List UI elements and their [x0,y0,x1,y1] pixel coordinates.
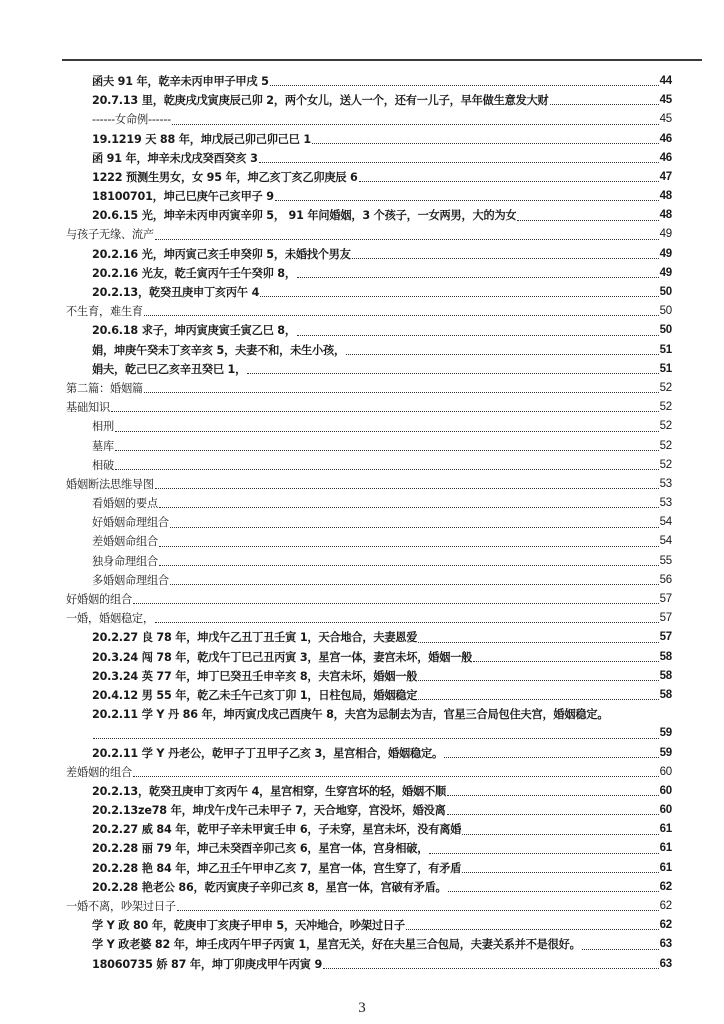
toc-entry-page: 60 [660,782,672,801]
toc-entry[interactable]: 20.2.11 学 Y 丹老公，乾甲子丁丑甲子乙亥 3，星宫相合，婚姻稳定。59 [66,744,672,763]
toc-entry[interactable]: 20.2.27 威 84 年，乾甲子辛未甲寅壬申 6，子未穿，星宫未坏，没有离婚… [66,820,672,839]
toc-entry-title: 婚姻断法思维导图 [66,475,154,494]
toc-entry[interactable]: 20.3.24 英 77 年，坤丁巳癸丑壬申辛亥 8，夫宫未坏，婚姻一般58 [66,667,672,686]
toc-entry-page: 46 [660,130,672,149]
toc-entry[interactable]: ------女命例------45 [66,110,672,129]
toc-entry[interactable]: 19.1219 天 88 年，坤戊辰己卯己卯己巳 146 [66,130,672,149]
toc-entry-page: 58 [660,648,672,667]
toc-entry[interactable]: 18060735 娇 87 年，坤丁卯庚戌甲午丙寅 963 [66,955,672,974]
toc-entry-page: 47 [660,168,672,187]
toc-entry[interactable]: 学 Y 政 80 年，乾庚申丁亥庚子甲申 5，天冲地合，吵架过日子62 [66,916,672,935]
toc-entry[interactable]: 函 91 年，坤辛未戊戌癸酉癸亥 346 [66,149,672,168]
dot-leader [115,468,659,470]
dot-leader [155,238,659,240]
toc-entry-title: 20.2.28 艳老公 86，乾丙寅庚子辛卯己亥 8，星宫一体，宫破有矛盾。 [92,878,447,897]
toc-entry-page: 58 [660,667,672,686]
toc-entry-page: 62 [660,878,672,897]
dot-leader [444,756,659,758]
toc-entry-page: 45 [660,110,672,129]
toc-entry-page: 57 [660,628,672,647]
toc-entry[interactable]: 20.2.27 良 78 年，坤戊午乙丑丁丑壬寅 1，天合地合，夫妻恩爱57 [66,628,672,647]
toc-entry[interactable]: 娟，坤庚午癸未丁亥辛亥 5，夫妻不和，未生小孩，51 [66,341,672,360]
toc-entry-title: 20.4.12 男 55 年，乾乙未壬午己亥丁卯 1，日柱包局，婚姻稳定 [92,686,417,705]
dot-leader [462,871,658,873]
toc-entry[interactable]: 20.2.28 艳老公 86，乾丙寅庚子辛卯己亥 8，星宫一体，宫破有矛盾。62 [66,878,672,897]
dot-leader [418,679,658,681]
toc-entry-page: 49 [660,225,672,244]
toc-entry-page: 61 [660,820,672,839]
dot-leader [406,928,659,930]
toc-entry-title: 娟，坤庚午癸未丁亥辛亥 5，夫妻不和，未生小孩， [92,341,345,360]
toc-entry-title: 函夫 91 年，乾辛未丙申甲子甲戌 5 [92,72,269,91]
dot-leader [133,775,659,777]
dot-leader [352,257,659,259]
toc-section[interactable]: 差婚姻的组合60 [66,763,672,782]
toc-entry-page: 63 [660,955,672,974]
toc-entry[interactable]: 20.6.18 求子，坤丙寅庚寅壬寅乙巳 8，50 [66,321,672,340]
toc-entry[interactable]: 差婚姻命组合54 [66,533,672,552]
toc-entry-title: 20.2.28 丽 79 年，坤己未癸酉辛卯己亥 6，星宫一体，宫身相破， [92,839,428,858]
toc-entry-page: 52 [660,417,672,436]
toc-entry[interactable]: 函夫 91 年，乾辛未丙申甲子甲戌 544 [66,72,672,91]
toc-entry-page: 52 [660,398,672,417]
dot-leader [418,698,658,700]
toc-entry-page: 46 [660,149,672,168]
toc-entry[interactable]: 20.2.16 光，坤丙寅己亥壬申癸卯 5，未婚找个男友49 [66,245,672,264]
toc-entry-title: 20.7.13 里，乾庚戌戊寅庚辰己卯 2，两个女儿，送人一个，还有一儿子，早年… [92,91,549,110]
toc-entry-page: 58 [660,686,672,705]
toc-entry-page: 53 [660,475,672,494]
toc-entry-page: 45 [660,91,672,110]
toc-entry-title: 20.2.27 良 78 年，坤戊午乙丑丁丑壬寅 1，天合地合，夫妻恩爱 [92,628,417,647]
toc-entry-title: 18060735 娇 87 年，坤丁卯庚戌甲午丙寅 9 [92,955,322,974]
toc-section[interactable]: 不生育，难生育50 [66,302,672,321]
toc-entry-title: 相破 [92,456,114,475]
toc-entry-title: 20.3.24 闯 78 年，乾戊午丁巳己丑丙寅 3，星宫一体，妻宫未坏，婚姻一… [92,648,472,667]
toc-entry-title: 20.2.13，乾癸丑庚申丁亥丙午 4 [92,283,259,302]
toc-entry-page: 48 [660,206,672,225]
toc-entry-page: 59 [660,744,672,763]
toc-entry-title: 看婚姻的要点 [92,494,158,513]
toc-entry[interactable]: 独身命理组合55 [66,552,672,571]
dot-leader [155,621,659,623]
dot-leader [582,948,659,950]
toc-entry[interactable]: 娟夫，乾己巳乙亥辛丑癸巳 1，51 [66,360,672,379]
dot-leader [473,660,658,662]
toc-entry-title: 娟夫，乾己巳乙亥辛丑癸巳 1， [92,360,246,379]
toc-entry-page: 49 [660,245,672,264]
toc-entry[interactable]: 20.6.15 光，坤辛未丙申丙寅辛卯 5， 91 年问婚姻，3 个孩子，一女两… [66,206,672,225]
toc-entry-title: 好婚姻命理组合 [92,513,169,532]
dot-leader [172,123,659,125]
toc-entry-title: 20.2.16 光，坤丙寅己亥壬申癸卯 5，未婚找个男友 [92,245,351,264]
dot-leader [418,641,658,643]
toc-entry-page: 54 [660,513,672,532]
toc-entry-title: 相刑 [92,417,114,436]
toc-entry-page: 57 [660,590,672,609]
toc-entry-title: 20.2.13，乾癸丑庚申丁亥丙午 4，星宫相穿，生穿宫坏的轻，婚姻不顺 [92,782,446,801]
dot-leader [323,967,659,969]
dot-leader [111,410,659,412]
toc-section[interactable]: 一婚，婚姻稳定，57 [66,609,672,628]
toc-entry-page: 56 [660,571,672,590]
dot-leader [247,372,658,374]
toc-entry-title: 18100701，坤己巳庚午己亥甲子 9 [92,187,274,206]
toc-entry[interactable]: 20.7.13 里，乾庚戌戊寅庚辰己卯 2，两个女儿，送人一个，还有一儿子，早年… [66,91,672,110]
toc-entry-page: 50 [660,302,672,321]
toc-entry[interactable]: 20.2.28 丽 79 年，坤己未癸酉辛卯己亥 6，星宫一体，宫身相破，61 [66,840,672,859]
toc-section[interactable]: 好婚姻的组合57 [66,590,672,609]
toc-section[interactable]: 与孩子无缘、流产49 [66,226,672,245]
toc-entry-title: 学 Y 政 80 年，乾庚申丁亥庚子甲申 5，天冲地合，吵架过日子 [92,916,405,935]
dot-leader [462,833,658,835]
page-number: 3 [0,1000,724,1017]
toc-section[interactable]: 婚姻断法思维导图53 [66,475,672,494]
toc-entry-page: 52 [660,456,672,475]
toc-entry[interactable]: 看婚姻的要点53 [66,494,672,513]
dot-leader [177,909,659,911]
toc-entry-page: 48 [660,187,672,206]
toc-entry[interactable]: 20.4.12 男 55 年，乾乙未壬午己亥丁卯 1，日柱包局，婚姻稳定58 [66,686,672,705]
toc-entry-page: 51 [660,360,672,379]
toc-entry-page: 55 [660,552,672,571]
dot-leader [159,564,659,566]
toc-entry-page: 54 [660,532,672,551]
dot-leader [275,199,659,201]
toc-entry-title: 20.6.18 求子，坤丙寅庚寅壬寅乙巳 8， [92,321,296,340]
toc-entry[interactable]: 20.2.11 学 Y 丹 86 年，坤丙寅戊戌己酉庚午 8，夫宫为忌制去为吉，… [66,705,672,724]
toc-entry-title: 好婚姻的组合 [66,590,132,609]
toc-entry-title: 20.2.11 学 Y 丹老公，乾甲子丁丑甲子乙亥 3，星宫相合，婚姻稳定。 [92,744,443,763]
toc-entry-page: 57 [660,609,672,628]
toc-entry[interactable]: 墓库52 [66,437,672,456]
toc-entry-title: 20.2.28 艳 84 年，坤乙丑壬午甲申乙亥 7，星宫一体，宫生穿了，有矛盾 [92,859,461,878]
toc-entry-continuation[interactable]: 59 [66,724,672,743]
toc-entry-page: 49 [660,264,672,283]
dot-leader [155,487,659,489]
table-of-contents: 函夫 91 年，乾辛未丙申甲子甲戌 54420.7.13 里，乾庚戌戊寅庚辰己卯… [66,72,672,974]
dot-leader [115,430,659,432]
toc-entry-title: 一婚，婚姻稳定， [66,609,154,628]
toc-entry-page: 52 [660,379,672,398]
toc-entry-title: 差婚姻命组合 [92,532,158,551]
dot-leader [170,526,659,528]
dot-leader [144,314,659,316]
toc-entry[interactable]: 好婚姻命理组合54 [66,513,672,532]
toc-section[interactable]: 基础知识52 [66,398,672,417]
dot-leader [170,583,659,585]
toc-entry-page: 52 [660,437,672,456]
dot-leader [115,449,659,451]
dot-leader [133,602,659,604]
toc-entry[interactable]: 20.2.13，乾癸丑庚申丁亥丙午 450 [66,283,672,302]
toc-entry-title: 一婚不离，吵架过日子 [66,897,176,916]
header-rule [62,59,702,61]
dot-leader [346,353,659,355]
toc-entry-title: 独身命理组合 [92,552,158,571]
toc-entry[interactable]: 18100701，坤己巳庚午己亥甲子 948 [66,187,672,206]
toc-entry[interactable]: 20.3.24 闯 78 年，乾戊午丁巳己丑丙寅 3，星宫一体，妻宫未坏，婚姻一… [66,648,672,667]
toc-entry[interactable]: 学 Y 政老婆 82 年，坤壬戌丙午甲子丙寅 1，星宫无关，好在夫星三合包局，夫… [66,935,672,954]
toc-entry-page: 60 [660,763,672,782]
toc-entry-title: 函 91 年，坤辛未戊戌癸酉癸亥 3 [92,149,258,168]
toc-entry-title: 第二篇：婚姻篇 [66,379,143,398]
dot-leader [159,506,659,508]
toc-entry-title: 20.6.15 光，坤辛未丙申丙寅辛卯 5， 91 年问婚姻，3 个孩子，一女两… [92,206,516,225]
toc-entry-page: 63 [660,935,672,954]
toc-entry-title: 不生育，难生育 [66,302,143,321]
toc-entry-page: 51 [660,341,672,360]
toc-entry-title: 多婚姻命理组合 [92,571,169,590]
toc-entry[interactable]: 20.2.16 光友，乾壬寅丙午壬午癸卯 8，49 [66,264,672,283]
dot-leader [359,180,659,182]
dot-leader [159,545,659,547]
toc-entry-title: 19.1219 天 88 年，坤戊辰己卯己卯己巳 1 [92,130,311,149]
toc-entry-page: 61 [660,859,672,878]
dot-leader [144,391,659,393]
toc-section[interactable]: 第二篇：婚姻篇52 [66,379,672,398]
dot-leader [429,852,658,854]
toc-section[interactable]: 一婚不离，吵架过日子62 [66,897,672,916]
toc-entry-page: 53 [660,494,672,513]
toc-entry-page: 60 [660,801,672,820]
dot-leader [270,84,659,86]
dot-leader [93,737,659,739]
toc-entry-title: 差婚姻的组合 [66,763,132,782]
toc-entry-title: 20.2.27 威 84 年，乾甲子辛未甲寅壬申 6，子未穿，星宫未坏，没有离婚 [92,820,461,839]
toc-entry[interactable]: 20.2.13，乾癸丑庚申丁亥丙午 4，星宫相穿，生穿宫坏的轻，婚姻不顺60 [66,782,672,801]
toc-entry[interactable]: 20.2.28 艳 84 年，坤乙丑壬午甲申乙亥 7，星宫一体，宫生穿了，有矛盾… [66,859,672,878]
toc-entry-page: 50 [660,283,672,302]
toc-entry-title: 与孩子无缘、流产 [66,225,154,244]
dot-leader [550,103,659,105]
toc-entry-page: 62 [660,916,672,935]
toc-entry-page: 61 [660,839,672,858]
toc-entry-title: 20.2.16 光友，乾壬寅丙午壬午癸卯 8， [92,264,296,283]
toc-entry-page: 50 [660,321,672,340]
dot-leader [447,813,659,815]
dot-leader [517,219,658,221]
toc-entry-title: 学 Y 政老婆 82 年，坤壬戌丙午甲子丙寅 1，星宫无关，好在夫星三合包局，夫… [92,935,581,954]
toc-entry[interactable]: 相刑52 [66,417,672,436]
dot-leader [297,334,659,336]
toc-entry[interactable]: 相破52 [66,456,672,475]
toc-entry-page: 62 [660,897,672,916]
toc-entry-title: 1222 预测生男女，女 95 年，坤乙亥丁亥乙卯庚辰 6 [92,168,358,187]
toc-entry-title: 20.2.13ze78 年，坤戊午戊午己未甲子 7，天合地穿，宫没坏，婚没离 [92,801,446,820]
toc-entry[interactable]: 多婚姻命理组合56 [66,571,672,590]
toc-entry-page: 44 [660,72,672,91]
toc-entry-title: 墓库 [92,437,114,456]
toc-entry[interactable]: 1222 预测生男女，女 95 年，坤乙亥丁亥乙卯庚辰 647 [66,168,672,187]
toc-entry-title: 基础知识 [66,398,110,417]
toc-entry-title: ------女命例------ [92,110,171,129]
dot-leader [448,890,659,892]
dot-leader [260,295,658,297]
toc-entry-page: 59 [660,724,672,743]
dot-leader [297,276,659,278]
dot-leader [259,161,659,163]
toc-entry-title: 20.2.11 学 Y 丹 86 年，坤丙寅戊戌己酉庚午 8，夫宫为忌制去为吉，… [92,705,608,724]
toc-entry-title: 20.3.24 英 77 年，坤丁巳癸丑壬申辛亥 8，夫宫未坏，婚姻一般 [92,667,417,686]
dot-leader [312,142,659,144]
toc-entry[interactable]: 20.2.13ze78 年，坤戊午戊午己未甲子 7，天合地穿，宫没坏，婚没离60 [66,801,672,820]
dot-leader [447,794,659,796]
